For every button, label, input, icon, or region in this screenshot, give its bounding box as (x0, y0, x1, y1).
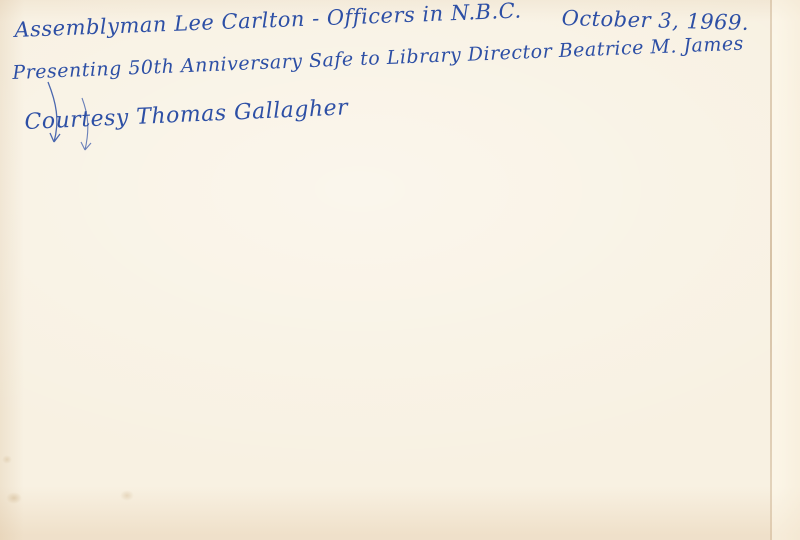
handwritten-date: October 3, 1969. (561, 6, 749, 35)
photo-caption-card: Assemblyman Lee Carlton - Officers in N.… (0, 0, 800, 540)
handwritten-line-1: Assemblyman Lee Carlton - Officers in N.… (14, 0, 522, 42)
handwritten-line-2: Presenting 50th Anniversary Safe to Libr… (12, 33, 744, 84)
paper-stain (120, 490, 134, 501)
paper-stain (2, 455, 12, 464)
handwritten-line-3: Courtesy Thomas Gallagher (24, 95, 349, 135)
card-edge-margin (772, 0, 800, 540)
paper-stain (6, 492, 22, 504)
